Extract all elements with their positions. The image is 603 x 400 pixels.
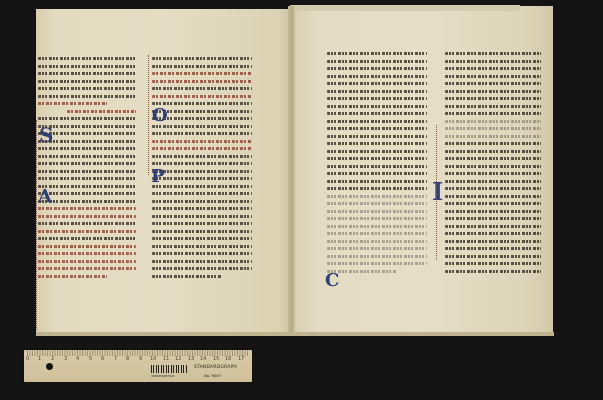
ruler-number: 14	[200, 356, 206, 362]
ruler-number: 8	[126, 356, 129, 362]
ruler-number: 3	[64, 356, 67, 362]
initial-c: C	[325, 272, 339, 290]
ruler-brand: STANDARDGRAPH	[194, 365, 237, 370]
text-column-2	[152, 57, 252, 282]
measuring-ruler: 0 1 2 3 4 5 6 7 8 9 10 11 12 13 14 15 16…	[24, 350, 252, 382]
ruler-hole	[46, 363, 53, 370]
rubric-line	[67, 110, 136, 113]
ruler-number: 10	[150, 356, 156, 362]
ruler-model: No. 9087	[204, 373, 221, 378]
barcode	[151, 365, 187, 373]
ruler-number: 4	[76, 356, 79, 362]
ruler-number: 1	[38, 356, 41, 362]
initial-o: O	[152, 107, 168, 125]
barcode-digits: 4006856087042	[151, 374, 174, 378]
ruler-number: 0	[26, 356, 29, 362]
flourish-col1	[36, 120, 37, 330]
leaf-top-edge	[290, 5, 520, 11]
ruler-number: 5	[89, 356, 92, 362]
ruler-number: 2	[51, 356, 54, 362]
ruler-number: 12	[175, 356, 181, 362]
ruler-number: 6	[101, 356, 104, 362]
initial-s: S	[39, 125, 53, 145]
flourish-col4	[436, 125, 437, 260]
ruler-number: 11	[163, 356, 169, 362]
ruler-number: 15	[213, 356, 219, 362]
flourish-col2	[148, 55, 149, 175]
text-column-1	[38, 57, 136, 282]
ruler-number: 13	[188, 356, 194, 362]
ruler-number: 16	[225, 356, 231, 362]
ruler-number: 9	[139, 356, 142, 362]
initial-i: I	[432, 180, 443, 204]
ruler-number: 7	[114, 356, 117, 362]
ruler-number: 17	[238, 356, 244, 362]
initial-p: P	[151, 168, 165, 186]
binding-fold	[288, 6, 295, 334]
initial-a: A	[38, 188, 52, 206]
leaf-bottom-edge	[36, 332, 554, 336]
text-column-4	[445, 52, 541, 277]
text-column-3	[327, 52, 427, 277]
